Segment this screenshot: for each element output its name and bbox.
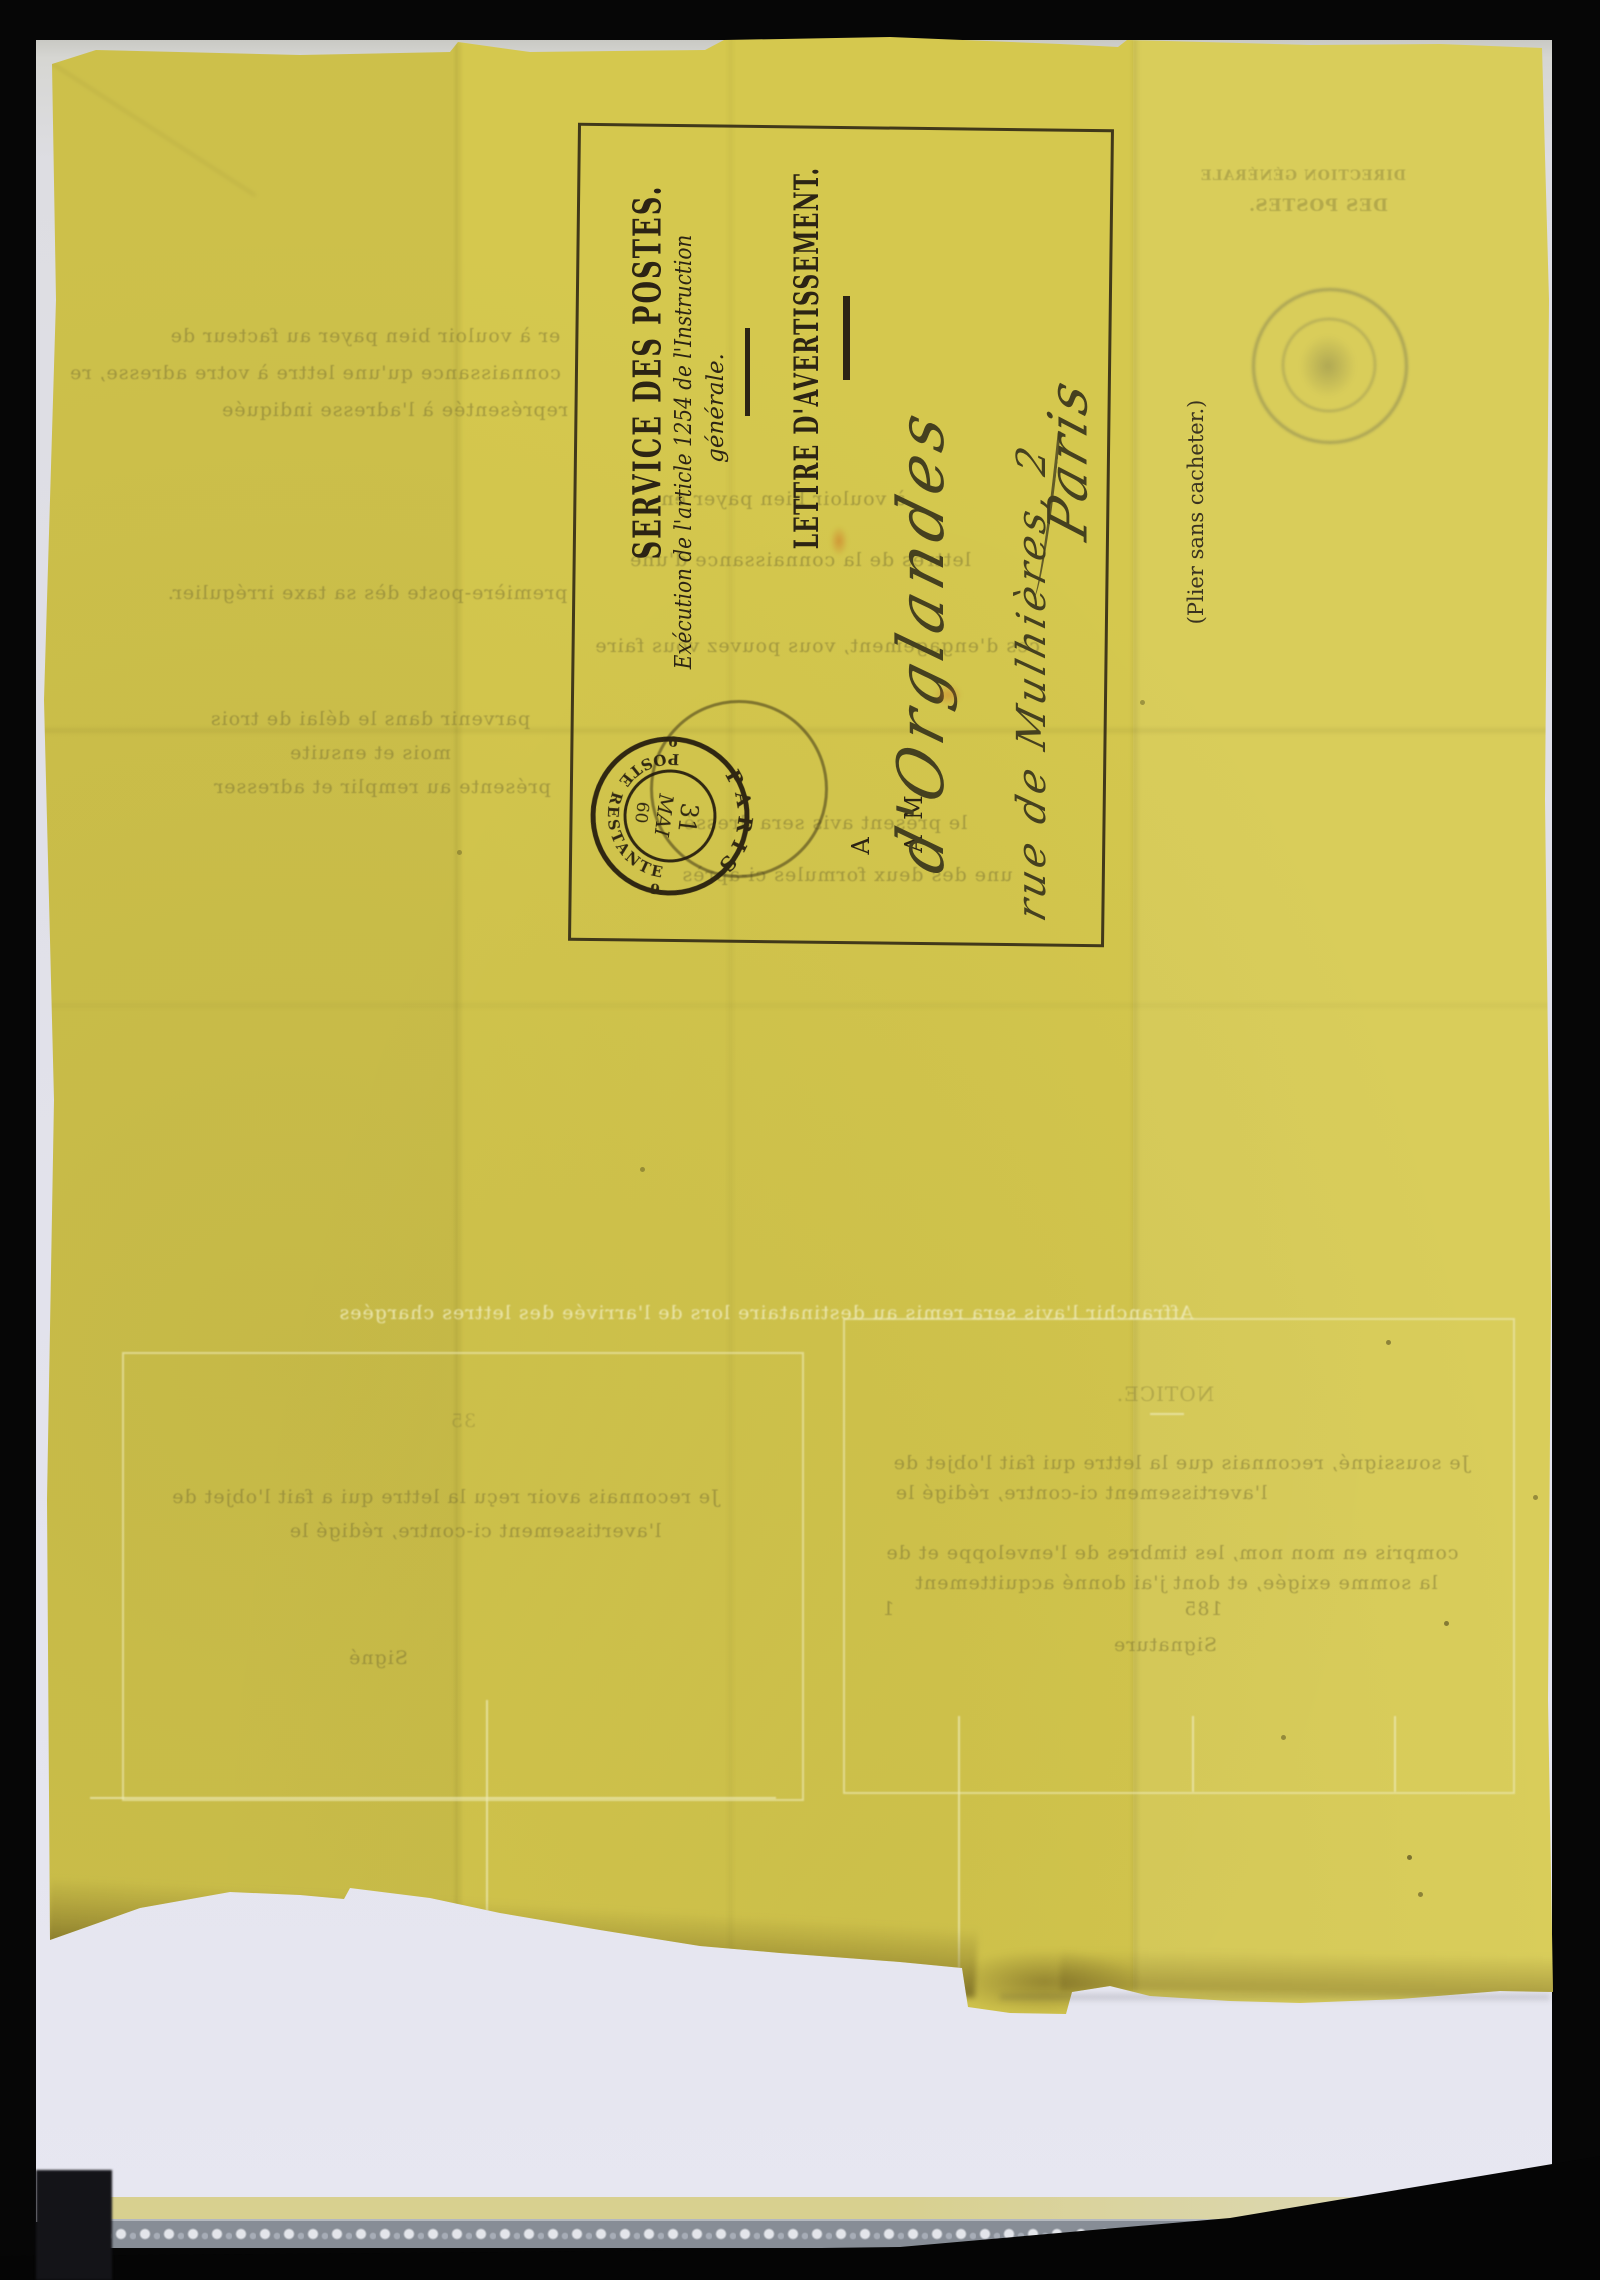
showthrough-line: première-poste dès sa taxe irrégulier.	[152, 582, 582, 604]
orange-speck	[934, 684, 962, 706]
showthrough-form-text: l'avertissement ci-contre, rédigé le	[200, 1520, 750, 1542]
heading-rule	[745, 328, 750, 416]
corner-crease-diagonal	[45, 58, 256, 197]
showthrough-form-text: Je reconnais avoir reçu la lettre qui a …	[140, 1486, 750, 1508]
showthrough-line: mois et ensuite	[215, 742, 525, 764]
showthrough-line: parvenir dans le délai de trois	[150, 708, 590, 730]
showthrough-form-text: la somme exigée, et dont j'ai donné acqu…	[886, 1572, 1466, 1594]
orange-speck	[830, 526, 848, 556]
showthrough-notice-rule	[1150, 1413, 1184, 1415]
showthrough-line: représentée à l'adresse indiquée	[248, 399, 568, 421]
showthrough-notice-title: NOTICE.	[1095, 1382, 1235, 1406]
showthrough-form-line	[1394, 1716, 1396, 1792]
showthrough-line: er à vouloir bien payer au facteur de	[150, 325, 580, 347]
showthrough-form-text: 1	[868, 1598, 908, 1620]
showthrough-form-text: l'avertissement ci-contre, rédigé le	[866, 1482, 1296, 1504]
showthrough-form-line	[90, 1797, 776, 1799]
showthrough-form-text: Signature	[1070, 1634, 1260, 1656]
showthrough-line: connaissance qu'une lettre à votre adres…	[60, 362, 570, 384]
faint-postmark-smudge	[1300, 335, 1356, 397]
showthrough-form-text: compris en mon nom, les timbres de l'env…	[862, 1542, 1482, 1564]
execution-line1: Exécution de l'article 1254 de l'Instruc…	[671, 235, 697, 670]
showthrough-form-line	[486, 1700, 488, 1925]
showthrough-form-text: Signé	[298, 1647, 458, 1669]
tear-edge-shadow-right	[1060, 1949, 1561, 1998]
showthrough-form-text: Je soussigné, reconnais que la lettre qu…	[866, 1452, 1496, 1474]
paris-poste-restante-postmark: PARIS POSTE RESTANTE 6 6 31 MAI 60	[576, 722, 763, 909]
showthrough-form-text: 35	[428, 1410, 498, 1432]
postmark-year: 60	[630, 801, 652, 825]
foxing-dots	[0, 0, 3, 3]
service-title: SERVICE DES POSTES.	[625, 184, 670, 559]
showthrough-form-text: 185	[1168, 1598, 1238, 1620]
postmark-num-left: 6	[667, 734, 679, 751]
sheet-edge-shadow	[1000, 1994, 1550, 2000]
fold-crease-horizontal-2	[40, 1004, 1552, 1007]
letter-title-rule	[843, 296, 850, 380]
execution-line2: générale.	[703, 353, 729, 463]
address-line-prefix-label: A	[847, 837, 875, 854]
bottom-left-dark-patch	[36, 2170, 112, 2280]
showthrough-line: présente au remplir et adresser	[162, 776, 602, 798]
postmark-num-right: 6	[649, 879, 661, 896]
showthrough-des-postes: DES POSTES.	[1248, 196, 1388, 216]
handwritten-name: d'Orglandes	[885, 399, 959, 882]
scanned-postal-letter: DIRECTION GÉNÉRALE DES POSTES. er à voul…	[0, 0, 1600, 2280]
letter-title: LETTRE D'AVERTISSEMENT.	[787, 167, 827, 550]
showthrough-form-line	[1192, 1716, 1194, 1792]
fold-note: (Plier sans cacheter.)	[1184, 400, 1208, 625]
showthrough-direction-generale: DIRECTION GÉNÉRALE	[1226, 168, 1406, 184]
